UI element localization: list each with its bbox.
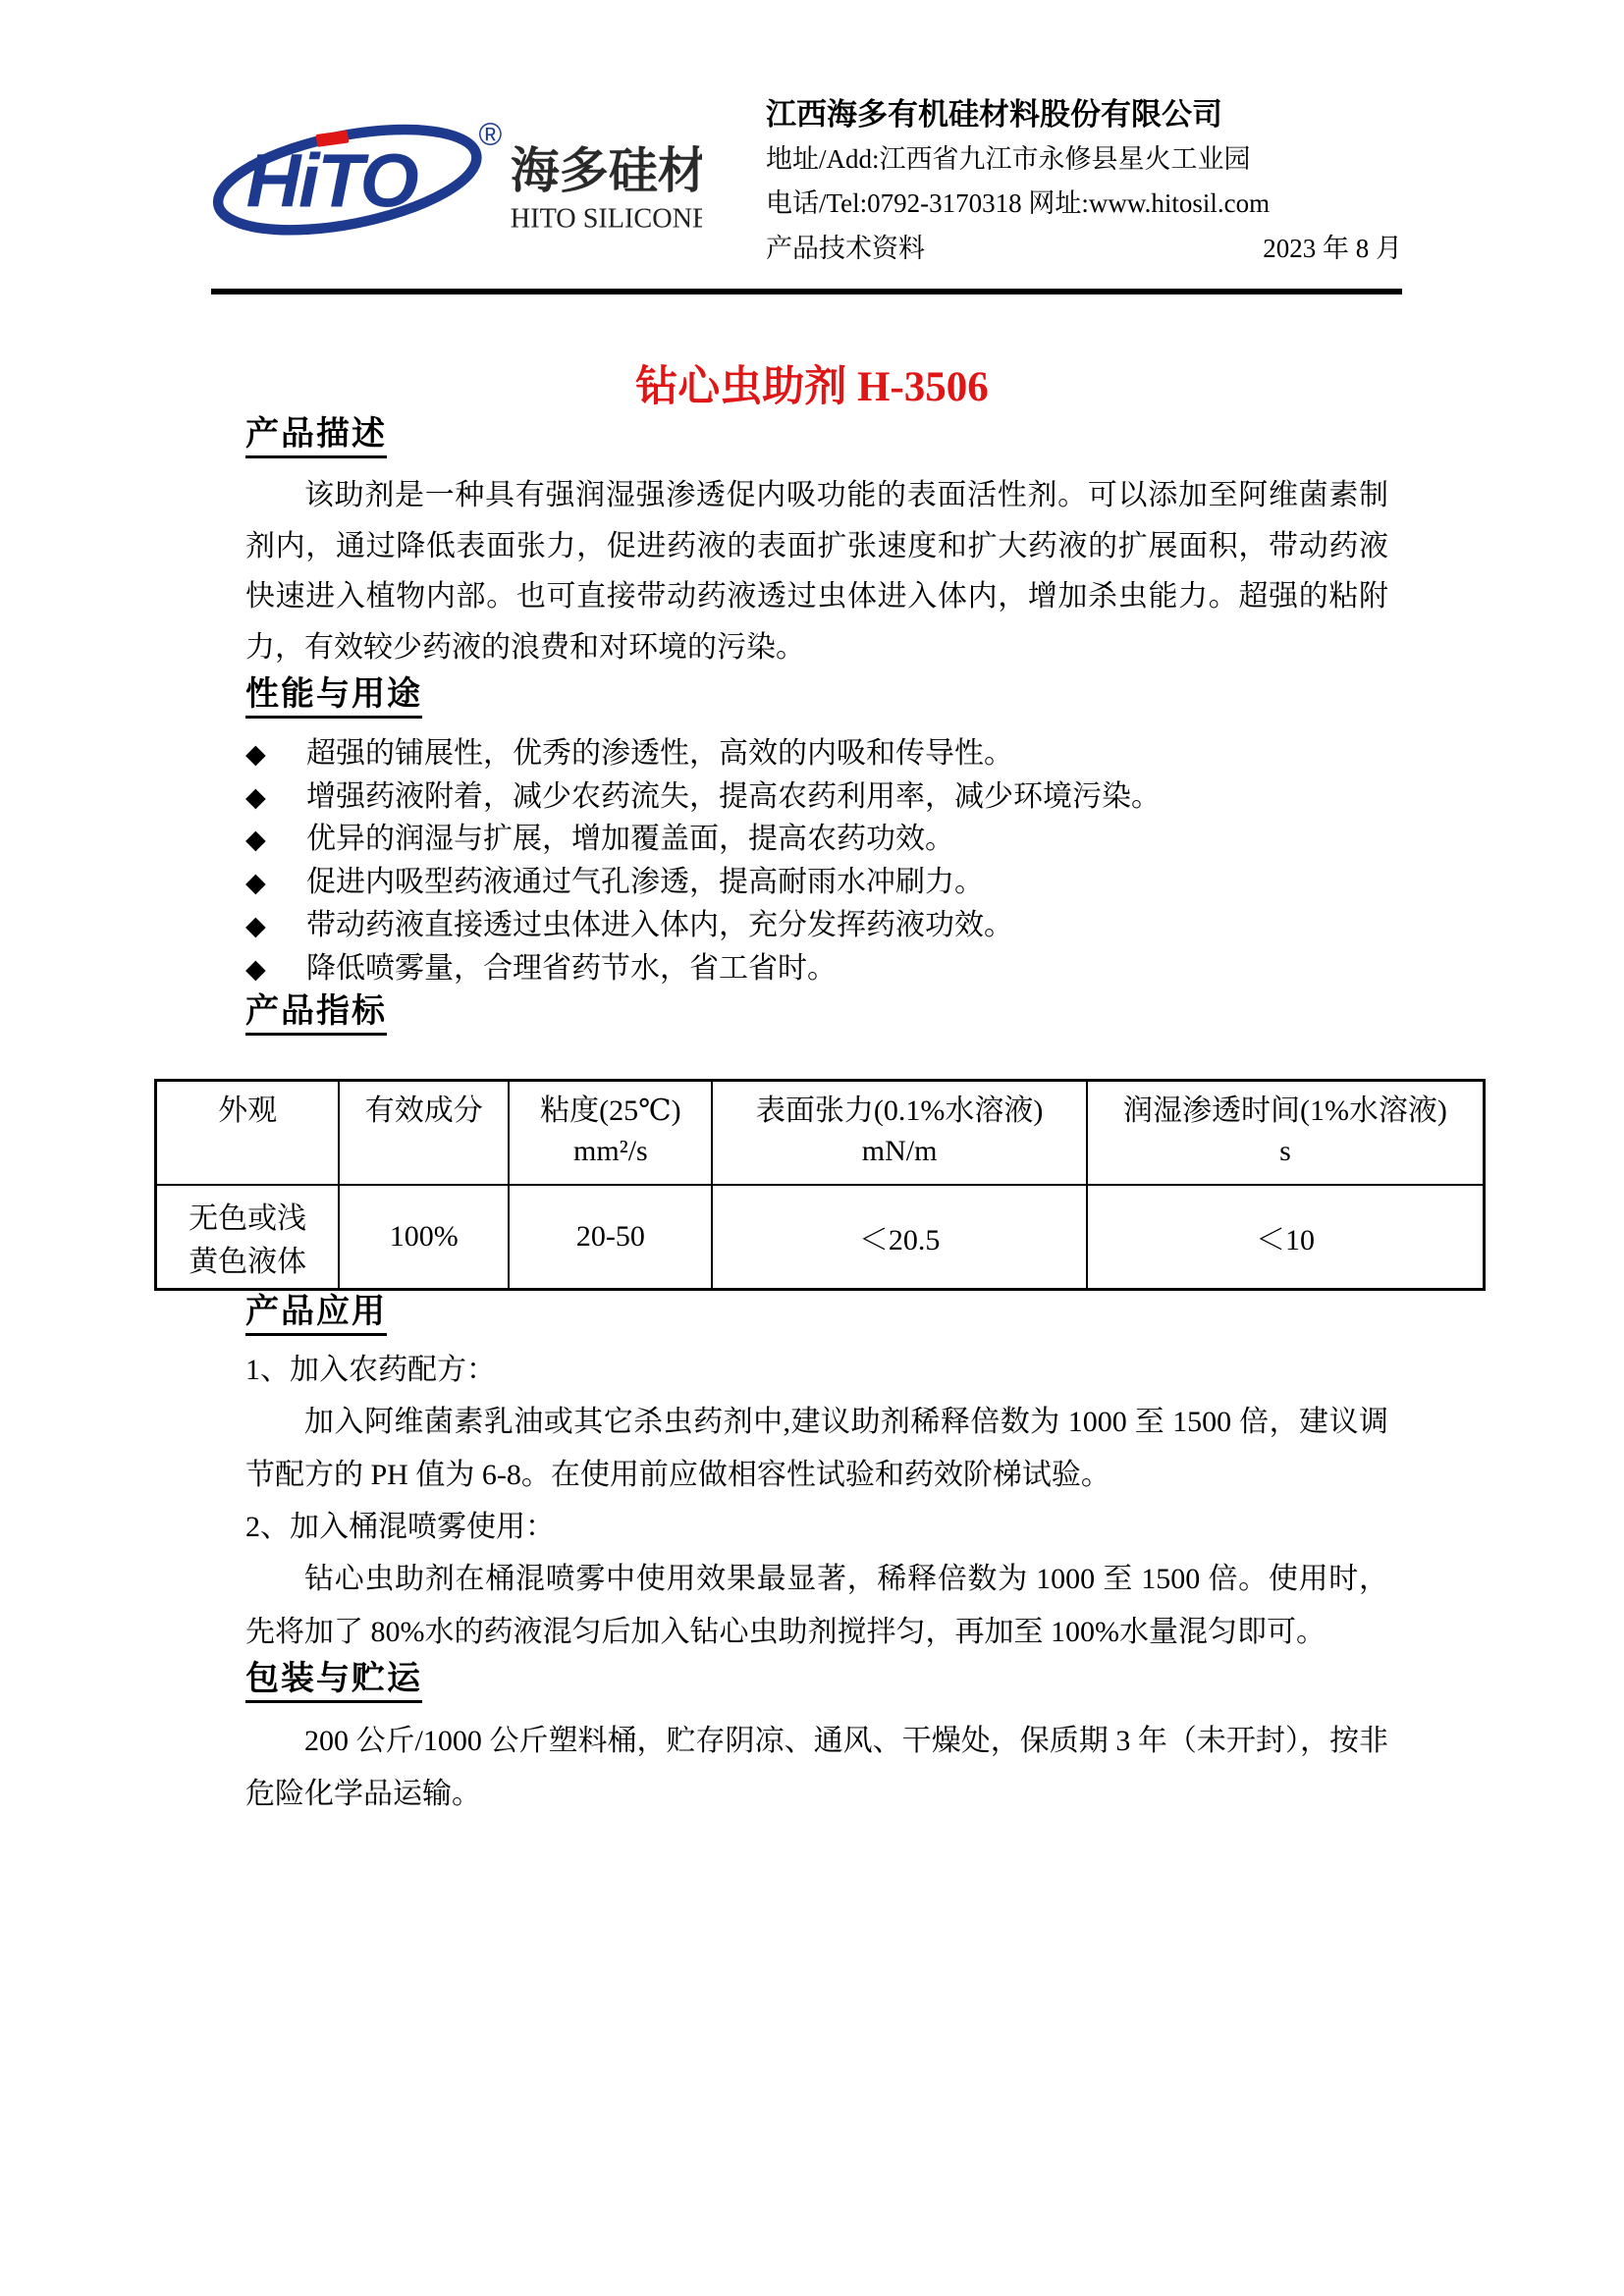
hito-logo: HiTO ® 海多硅材 HITO SILICONE <box>211 107 702 238</box>
feature-text: 优异的润湿与扩展，增加覆盖面，提高农药功效。 <box>306 818 954 861</box>
section-heading-packing: 包装与贮运 <box>245 1658 1388 1701</box>
logo-wordmark: HiTO <box>246 139 418 224</box>
diamond-bullet-icon: ◆ <box>245 735 306 774</box>
list-item: ◆ 增强药液附着，减少农药流失，提高农药利用率，减少环境污染。 <box>245 775 1388 819</box>
col-header-active-content: 有效成分 <box>339 1080 509 1185</box>
logo-registered-mark: ® <box>479 117 503 152</box>
cell-appearance: 无色或浅 黄色液体 <box>156 1185 340 1290</box>
section-heading-description: 产品描述 <box>245 413 1388 456</box>
application-item1-body: 加入阿维菌素乳油或其它杀虫药剂中,建议助剂稀释倍数为 1000 至 1500 倍… <box>245 1396 1388 1501</box>
cell-viscosity: 20-50 <box>509 1185 712 1290</box>
page-header: HiTO ® 海多硅材 HITO SILICONE 江西海多有机硅材料股份有限公… <box>211 93 1402 294</box>
col-header-appearance: 外观 <box>156 1080 340 1185</box>
logo-en-name: HITO SILICONE <box>511 204 702 235</box>
diamond-bullet-icon: ◆ <box>245 864 306 902</box>
section-heading-application: 产品应用 <box>245 1291 1388 1334</box>
logo-cn-name: 海多硅材 <box>511 143 702 198</box>
list-item: ◆ 超强的铺展性，优秀的渗透性，高效的内吸和传导性。 <box>245 732 1388 775</box>
col-header-viscosity: 粘度(25℃) mm²/s <box>509 1080 712 1185</box>
feature-text: 降低喷雾量，合理省药节水，省工省时。 <box>306 947 837 990</box>
diamond-bullet-icon: ◆ <box>245 907 306 945</box>
diamond-bullet-icon: ◆ <box>245 950 306 988</box>
company-name: 江西海多有机硅材料股份有限公司 <box>766 93 1402 137</box>
application-item2-title: 2、加入桶混喷雾使用： <box>245 1501 1388 1553</box>
company-tel-web: 电话/Tel:0792-3170318 网址:www.hitosil.com <box>766 182 1402 226</box>
feature-text: 超强的铺展性，优秀的渗透性，高效的内吸和传导性。 <box>306 732 1013 775</box>
doc-date: 2023 年 8 月 <box>1263 227 1402 271</box>
document-body: 产品描述 该助剂是一种具有强润湿强渗透促内吸功能的表面活性剂。可以添加至阿维菌素… <box>245 413 1388 1820</box>
feature-text: 增强药液附着，减少农药流失，提高农药利用率，减少环境污染。 <box>306 775 1161 819</box>
company-address: 地址/Add:江西省九江市永修县星火工业园 <box>766 137 1402 182</box>
feature-text: 带动药液直接透过虫体进入体内，充分发挥药液功效。 <box>306 904 1013 947</box>
list-item: ◆ 带动药液直接透过虫体进入体内，充分发挥药液功效。 <box>245 904 1388 947</box>
application-item1-title: 1、加入农药配方： <box>245 1344 1388 1396</box>
list-item: ◆ 降低喷雾量，合理省药节水，省工省时。 <box>245 947 1388 990</box>
cell-wetting-time: ＜10 <box>1087 1185 1485 1290</box>
document-page: HiTO ® 海多硅材 HITO SILICONE 江西海多有机硅材料股份有限公… <box>0 0 1624 2296</box>
table-header-row: 外观 有效成分 粘度(25℃) mm²/s 表面张力(0.1%水溶液) mN/m <box>156 1080 1485 1185</box>
cell-surface-tension: ＜20.5 <box>712 1185 1087 1290</box>
doc-type-label: 产品技术资料 <box>766 227 925 271</box>
list-item: ◆ 促进内吸型药液通过气孔渗透，提高耐雨水冲刷力。 <box>245 861 1388 904</box>
spec-table: 外观 有效成分 粘度(25℃) mm²/s 表面张力(0.1%水溶液) mN/m <box>154 1079 1486 1291</box>
doc-meta-row: 产品技术资料 2023 年 8 月 <box>766 227 1402 271</box>
company-info-block: 江西海多有机硅材料股份有限公司 地址/Add:江西省九江市永修县星火工业园 电话… <box>766 93 1402 271</box>
diamond-bullet-icon: ◆ <box>245 821 306 859</box>
col-header-wetting-time: 润湿渗透时间(1%水溶液) s <box>1087 1080 1485 1185</box>
application-item2-body: 钻心虫助剂在桶混喷雾中使用效果最显著，稀释倍数为 1000 至 1500 倍。使… <box>245 1553 1388 1658</box>
packing-paragraph: 200 公斤/1000 公斤塑料桶，贮存阴凉、通风、干燥处，保质期 3 年（未开… <box>245 1715 1388 1820</box>
feature-text: 促进内吸型药液通过气孔渗透，提高耐雨水冲刷力。 <box>306 861 984 904</box>
section-heading-features: 性能与用途 <box>245 673 1388 717</box>
table-row: 无色或浅 黄色液体 100% 20-50 ＜20.5 ＜10 <box>156 1185 1485 1290</box>
diamond-bullet-icon: ◆ <box>245 778 306 817</box>
col-header-surface-tension: 表面张力(0.1%水溶液) mN/m <box>712 1080 1087 1185</box>
product-title: 钻心虫助剂 H-3506 <box>0 353 1624 413</box>
cell-active-content: 100% <box>339 1185 509 1290</box>
list-item: ◆ 优异的润湿与扩展，增加覆盖面，提高农药功效。 <box>245 818 1388 861</box>
section-heading-specs: 产品指标 <box>245 990 1388 1034</box>
feature-list: ◆ 超强的铺展性，优秀的渗透性，高效的内吸和传导性。 ◆ 增强药液附着，减少农药… <box>245 732 1388 990</box>
description-paragraph: 该助剂是一种具有强润湿强渗透促内吸功能的表面活性剂。可以添加至阿维菌素制剂内，通… <box>245 470 1388 672</box>
